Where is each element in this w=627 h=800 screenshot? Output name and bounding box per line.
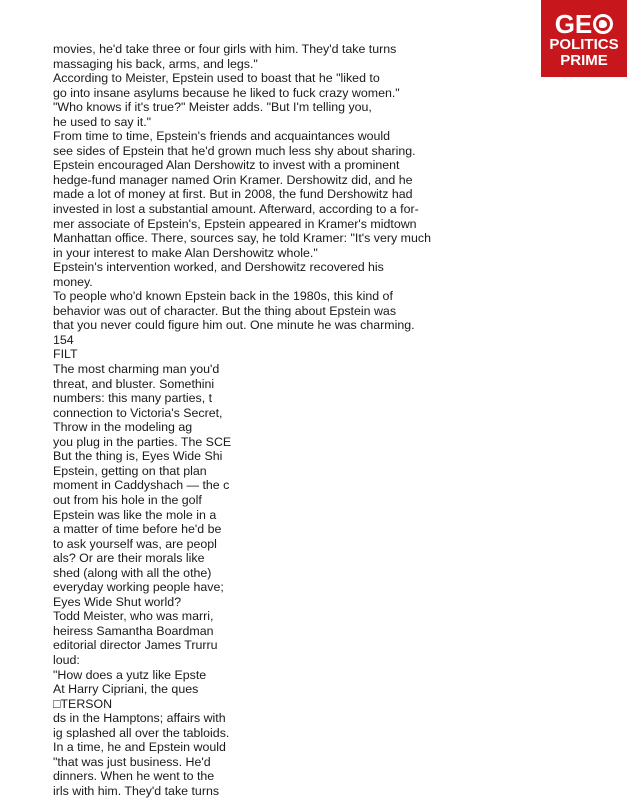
text-line: From time to time, Epstein's friends and… bbox=[53, 129, 433, 144]
text-line: FILT bbox=[53, 347, 433, 362]
text-line: out from his hole in the golf bbox=[53, 493, 433, 508]
text-line: a matter of time before he'd be bbox=[53, 522, 433, 537]
text-line: The most charming man you'd bbox=[53, 362, 433, 377]
text-line: see sides of Epstein that he'd grown muc… bbox=[53, 144, 433, 159]
text-line: According to Meister, Epstein used to bo… bbox=[53, 71, 433, 86]
text-line: Manhattan office. There, sources say, he… bbox=[53, 231, 433, 246]
text-line: At Harry Cipriani, the ques bbox=[53, 682, 433, 697]
text-line: to ask yourself was, are peopl bbox=[53, 537, 433, 552]
text-line: Epstein, getting on that plan bbox=[53, 464, 433, 479]
text-line: in your interest to make Alan Dershowitz… bbox=[53, 246, 433, 261]
text-line: "that was just business. He'd bbox=[53, 755, 433, 770]
text-line: ds in the Hamptons; affairs with bbox=[53, 711, 433, 726]
text-line: money. bbox=[53, 275, 433, 290]
text-line: hedge-fund manager named Orin Kramer. De… bbox=[53, 173, 433, 188]
text-line: you plug in the parties. The SCE bbox=[53, 435, 433, 450]
globe-icon bbox=[593, 14, 613, 34]
text-line: he used to say it." bbox=[53, 115, 433, 130]
text-line: 154 bbox=[53, 333, 433, 348]
text-line: everyday working people have; bbox=[53, 580, 433, 595]
text-line: massaging his back, arms, and legs." bbox=[53, 57, 433, 72]
geopolitics-prime-logo: GE POLITICS PRIME bbox=[541, 0, 627, 77]
text-line: But the thing is, Eyes Wide Shi bbox=[53, 449, 433, 464]
logo-text-geo: GE bbox=[555, 11, 593, 37]
article-text: movies, he'd take three or four girls wi… bbox=[53, 42, 433, 798]
text-line: movies, he'd take three or four girls wi… bbox=[53, 42, 433, 57]
text-line: Throw in the modeling ag bbox=[53, 420, 433, 435]
text-line: □TERSON bbox=[53, 697, 433, 712]
text-line: Epstein encouraged Alan Dershowitz to in… bbox=[53, 158, 433, 173]
text-line: Epstein was like the mole in a bbox=[53, 508, 433, 523]
text-line: "How does a yutz like Epste bbox=[53, 668, 433, 683]
logo-geo-row: GE bbox=[555, 11, 614, 37]
text-line: made a lot of money at first. But in 200… bbox=[53, 187, 433, 202]
text-line: behavior was out of character. But the t… bbox=[53, 304, 433, 319]
text-line: editorial director James Trurru bbox=[53, 638, 433, 653]
text-line: heiress Samantha Boardman bbox=[53, 624, 433, 639]
text-line: moment in Caddyshach — the c bbox=[53, 478, 433, 493]
text-line: go into insane asylums because he liked … bbox=[53, 86, 433, 101]
text-line: "Who knows if it's true?" Meister adds. … bbox=[53, 100, 433, 115]
text-line: Eyes Wide Shut world? bbox=[53, 595, 433, 610]
text-line: Epstein's intervention worked, and Dersh… bbox=[53, 260, 433, 275]
logo-text-prime: PRIME bbox=[560, 53, 608, 69]
logo-text-politics: POLITICS bbox=[549, 37, 618, 53]
text-line: als? Or are their morals like bbox=[53, 551, 433, 566]
text-line: loud: bbox=[53, 653, 433, 668]
text-line: mer associate of Epstein's, Epstein appe… bbox=[53, 217, 433, 232]
text-line: In a time, he and Epstein would bbox=[53, 740, 433, 755]
text-line: To people who'd known Epstein back in th… bbox=[53, 289, 433, 304]
text-line: that you never could figure him out. One… bbox=[53, 318, 433, 333]
text-line: shed (along with all the othe) bbox=[53, 566, 433, 581]
text-line: irls with him. They'd take turns bbox=[53, 784, 433, 799]
text-line: threat, and bluster. Somethini bbox=[53, 377, 433, 392]
text-line: Todd Meister, who was marri, bbox=[53, 609, 433, 624]
text-line: numbers: this many parties, t bbox=[53, 391, 433, 406]
text-line: dinners. When he went to the bbox=[53, 769, 433, 784]
text-line: connection to Victoria's Secret, bbox=[53, 406, 433, 421]
text-line: invested in lost a substantial amount. A… bbox=[53, 202, 433, 217]
text-line: ig splashed all over the tabloids. bbox=[53, 726, 433, 741]
